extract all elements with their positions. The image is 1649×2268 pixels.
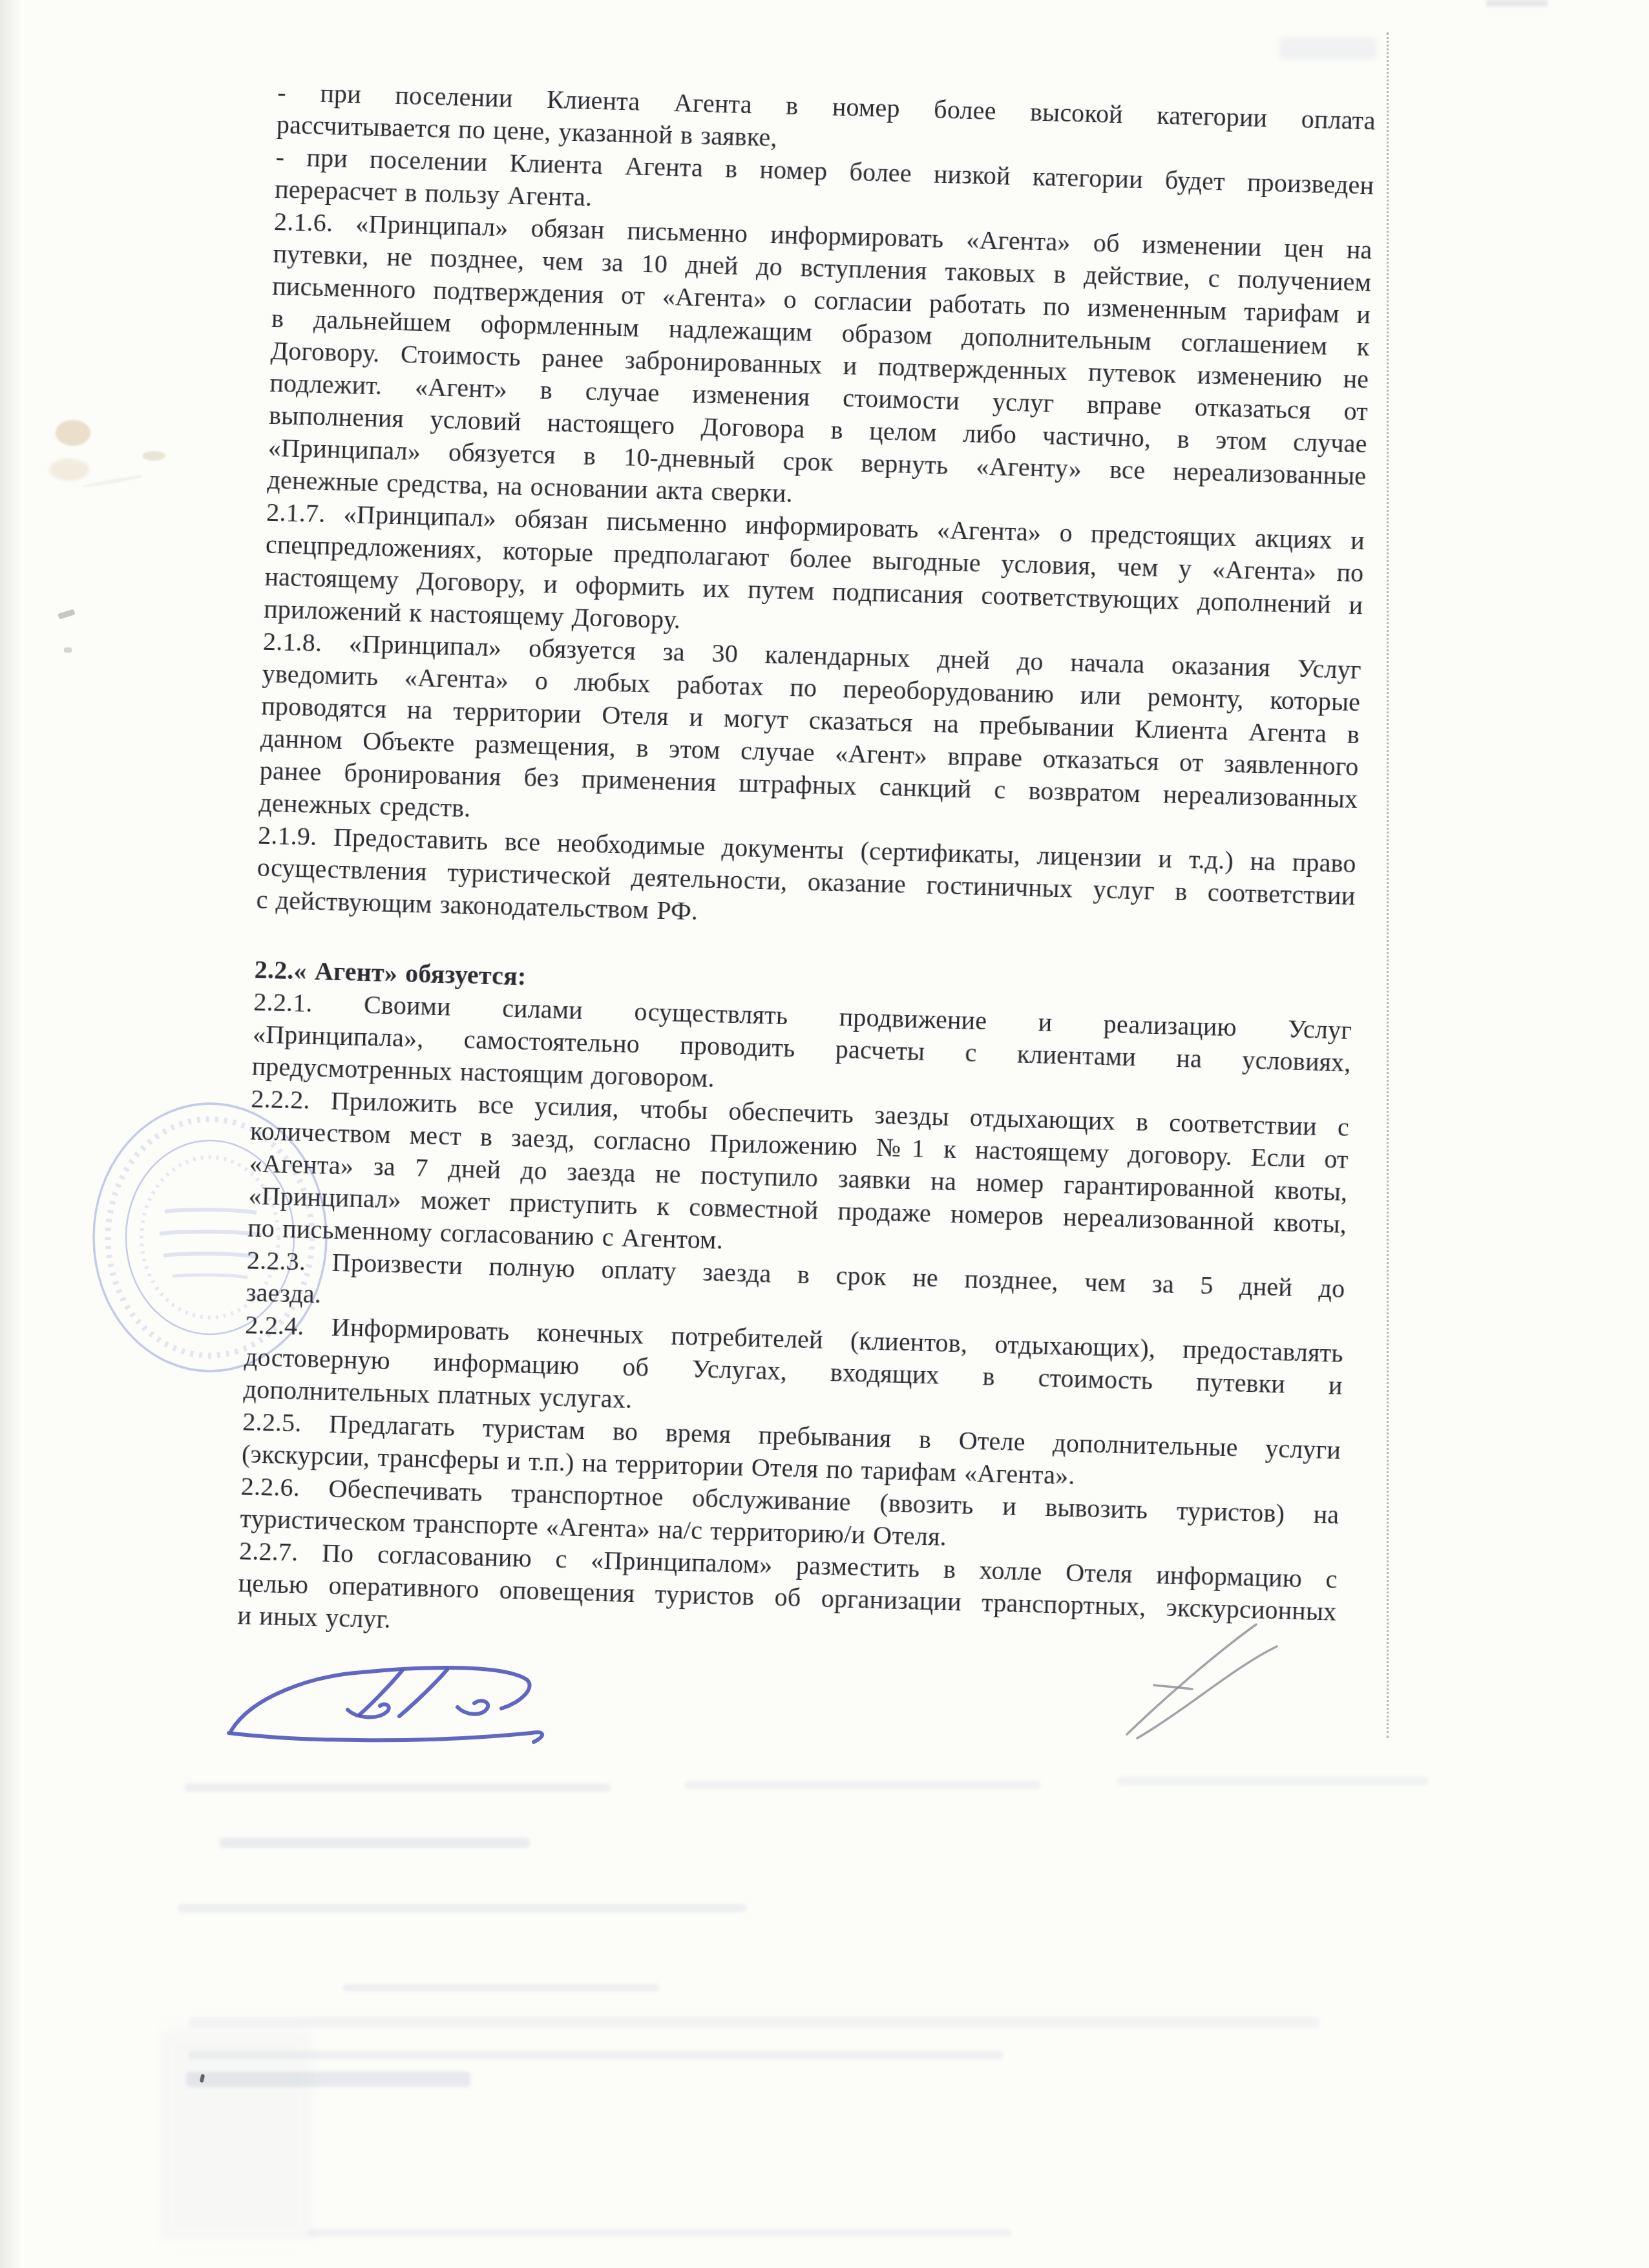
scan-page: - при поселении Клиента Агента в номер б… (0, 0, 1649, 2268)
stamp-center-text (173, 1275, 247, 1277)
bleed-through-text (1118, 1777, 1428, 1785)
bleed-through-text (189, 2017, 1319, 2028)
bleed-through-text (178, 1904, 746, 1913)
stamp-center-text (165, 1210, 257, 1213)
contract-text-block: - при поселении Клиента Агента в номер б… (237, 76, 1376, 1661)
bleed-through-smudge (158, 2029, 313, 2242)
blue-ink-signature (213, 1648, 562, 1764)
paper-stain (56, 420, 90, 446)
scan-speck (1486, 0, 1548, 6)
paper-stain (81, 474, 143, 489)
stamp-center-text (160, 1232, 262, 1235)
stamp-center-text (163, 1254, 255, 1257)
bleed-through-text (184, 1783, 611, 1792)
pencil-signature (1086, 1596, 1305, 1751)
bleed-through-text (220, 1838, 530, 1848)
bleed-through-text (342, 1984, 659, 1991)
paper-stain (49, 459, 89, 481)
pen-mark (58, 609, 76, 620)
clause-2-1-6: 2.1.6. «Принципал» обязан письменно инфо… (267, 205, 1372, 525)
paper-stain (142, 451, 165, 461)
clause-2-2-2: 2.2.2. Приложить все усилия, чтобы обесп… (247, 1082, 1350, 1272)
scanner-edge-shadow (0, 0, 22, 2268)
pen-mark (64, 647, 72, 653)
bleed-through-text (307, 2229, 1011, 2236)
clause-2-1-8: 2.1.8. «Принципал» обязуется за 30 кален… (258, 625, 1361, 848)
dotted-fold-line (1387, 32, 1389, 1738)
bleed-through-smudge (1279, 37, 1376, 59)
bleed-through-text (685, 1781, 1040, 1789)
